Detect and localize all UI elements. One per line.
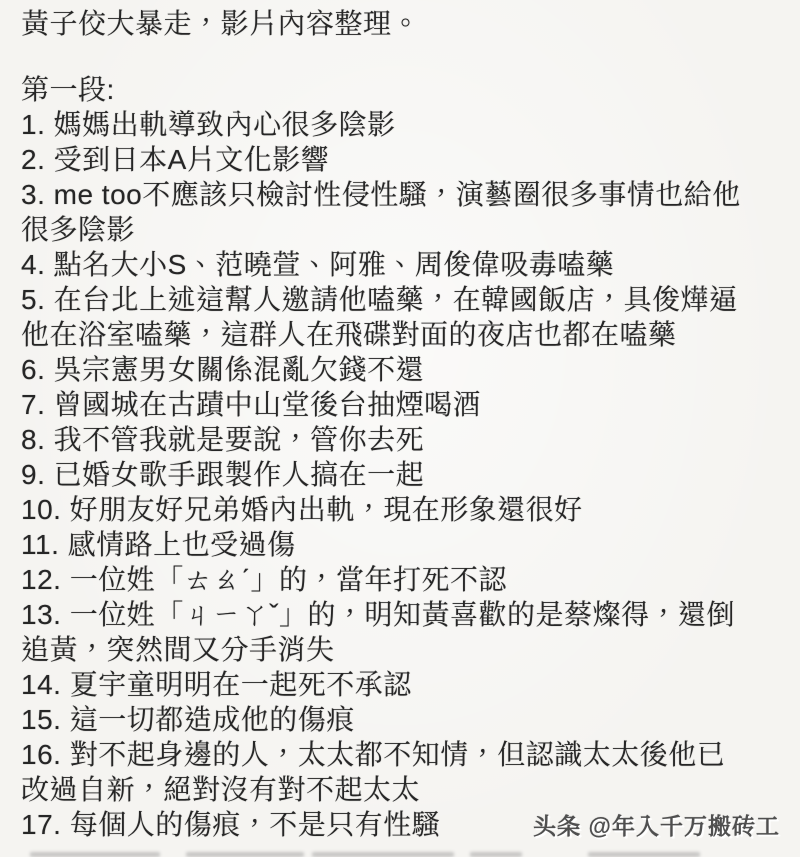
list-item-wrap: 他在浴室嗑藥，這群人在飛碟對面的夜店也都在嗑藥 <box>21 317 788 352</box>
list-item: 11. 感情路上也受過傷 <box>21 527 788 562</box>
list-item-wrap: 追黃，突然間又分手消失 <box>21 632 788 667</box>
list-item: 12. 一位姓「ㄊㄠˊ」的，當年打死不認 <box>21 562 788 597</box>
cut-off-next-line <box>0 849 800 857</box>
list-item-wrap: 很多陰影 <box>21 212 788 247</box>
list-item: 5. 在台北上述這幫人邀請他嗑藥，在韓國飯店，具俊燁逼 <box>21 282 788 317</box>
list-item: 3. me too不應該只檢討性侵性騷，演藝圈很多事情也給他 <box>21 177 788 212</box>
list-item: 7. 曾國城在古蹟中山堂後台抽煙喝酒 <box>21 387 788 422</box>
list-item: 15. 這一切都造成他的傷痕 <box>21 702 788 737</box>
list-item: 9. 已婚女歌手跟製作人搞在一起 <box>21 457 788 492</box>
cut-off-glyph-tops <box>588 852 700 857</box>
numbered-list: 1. 媽媽出軌導致內心很多陰影 2. 受到日本A片文化影響 3. me too不… <box>21 107 788 844</box>
list-item: 17. 每個人的傷痕，不是只有性騷 <box>21 807 440 842</box>
list-item: 10. 好朋友好兄弟婚內出軌，現在形象還很好 <box>21 492 788 527</box>
list-item: 8. 我不管我就是要說，管你去死 <box>21 422 788 457</box>
cut-off-glyph-tops <box>186 852 304 857</box>
section-heading: 第一段: <box>21 72 788 107</box>
document-title: 黃子佼大暴走，影片內容整理。 <box>21 6 788 41</box>
cut-off-glyph-tops <box>470 852 522 857</box>
cut-off-glyph-tops <box>30 852 160 857</box>
list-item: 6. 吳宗憲男女關係混亂欠錢不還 <box>21 352 788 387</box>
list-item: 4. 點名大小S、范曉萱、阿雅、周俊偉吸毒嗑藥 <box>21 247 788 282</box>
toutiao-watermark: 头条 @年入千万搬砖工 <box>533 809 780 844</box>
list-item: 2. 受到日本A片文化影響 <box>21 142 788 177</box>
list-item: 1. 媽媽出軌導致內心很多陰影 <box>21 107 788 142</box>
list-item-wrap: 改過自新，絕對沒有對不起太太 <box>21 772 788 807</box>
list-item: 13. 一位姓「ㄐㄧㄚˇ」的，明知黃喜歡的是蔡燦得，還倒 <box>21 597 788 632</box>
cut-off-glyph-tops <box>312 852 454 857</box>
document-page: 黃子佼大暴走，影片內容整理。 第一段: 1. 媽媽出軌導致內心很多陰影 2. 受… <box>0 0 800 857</box>
list-item: 14. 夏宇童明明在一起死不承認 <box>21 667 788 702</box>
list-item: 16. 對不起身邊的人，太太都不知情，但認識太太後他已 <box>21 737 788 772</box>
last-row: 17. 每個人的傷痕，不是只有性騷 头条 @年入千万搬砖工 <box>21 807 788 844</box>
